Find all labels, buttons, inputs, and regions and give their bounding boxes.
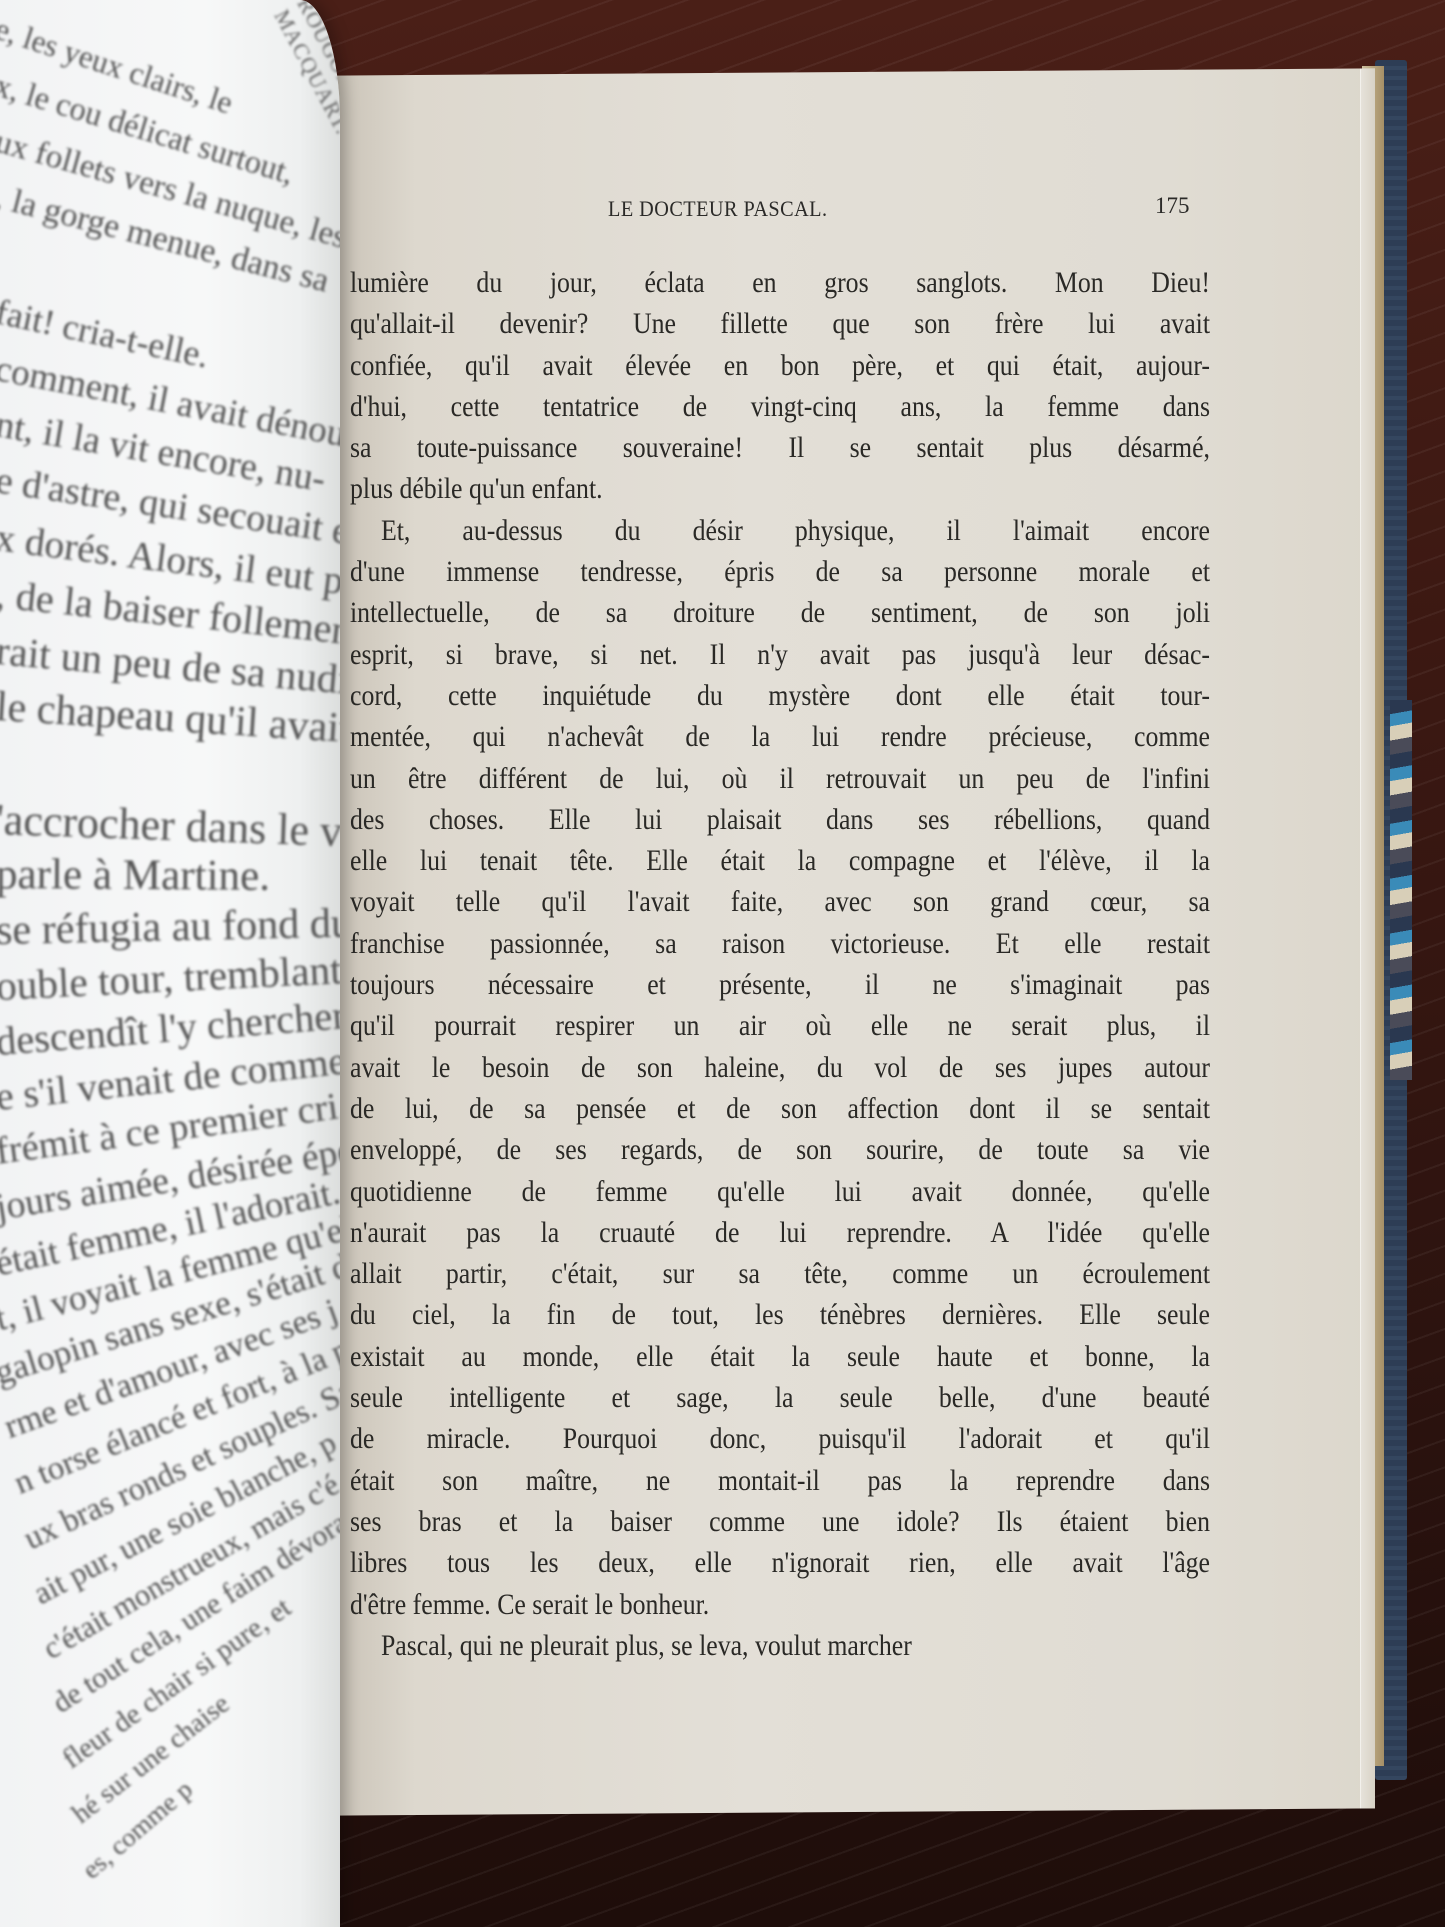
text-line: esprit, si brave, si net. Il n'y avait p… <box>350 634 1210 675</box>
text-line: confiée, qu'il avait élevée en bon père,… <box>350 345 1210 386</box>
text-line: de miracle. Pourquoi donc, puisqu'il l'a… <box>350 1418 1210 1459</box>
text-line: Pascal, qui ne pleurait plus, se leva, v… <box>350 1625 1210 1666</box>
marbled-endpaper <box>1390 700 1412 1080</box>
text-line: sa toute-puissance souveraine! Il se sen… <box>350 427 1210 468</box>
text-line: cord, cette inquiétude du mystère dont e… <box>350 675 1210 716</box>
text-line: n'aurait pas la cruauté de lui reprendre… <box>350 1212 1210 1253</box>
text-line: qu'il pourrait respirer un air où elle n… <box>350 1005 1210 1046</box>
text-line: était son maître, ne montait-il pas la r… <box>350 1460 1210 1501</box>
text-line: ses bras et la baiser comme une idole? I… <box>350 1501 1210 1542</box>
left-page-curved: ROUGON-MACQUART. e, les yeux clairs, lex… <box>0 0 340 1927</box>
text-line: qu'allait-il devenir? Une fillette que s… <box>350 303 1210 344</box>
text-line: lumière du jour, éclata en gros sanglots… <box>350 262 1210 303</box>
running-head-title: LE DOCTEUR PASCAL. <box>608 196 828 222</box>
left-page-running-head: ROUGON-MACQUART. <box>269 0 340 139</box>
text-line: mentée, qui n'achevât de la lui rendre p… <box>350 716 1210 757</box>
text-line: d'une immense tendresse, épris de sa per… <box>350 551 1210 592</box>
text-line: libres tous les deux, elle n'ignorait ri… <box>350 1542 1210 1583</box>
text-line: intellectuelle, de sa droiture de sentim… <box>350 592 1210 633</box>
text-line: seule intelligente et sage, la seule bel… <box>350 1377 1210 1418</box>
text-line: elle lui tenait tête. Elle était la comp… <box>350 840 1210 881</box>
text-line: d'être femme. Ce serait le bonheur. <box>350 1584 1210 1625</box>
text-line: de lui, de sa pensée et de son affection… <box>350 1088 1210 1129</box>
text-line: existait au monde, elle était la seule h… <box>350 1336 1210 1377</box>
text-line: voyait telle qu'il l'avait faite, avec s… <box>350 881 1210 922</box>
text-line: d'hui, cette tentatrice de vingt-cinq an… <box>350 386 1210 427</box>
text-line: des choses. Elle lui plaisait dans ses r… <box>350 799 1210 840</box>
text-line: toujours nécessaire et présente, il ne s… <box>350 964 1210 1005</box>
page-number: 175 <box>1155 193 1190 219</box>
text-line: un être différent de lui, où il retrouva… <box>350 758 1210 799</box>
left-page-text-line: parle à Martine. <box>0 850 270 901</box>
text-line: plus débile qu'un enfant. <box>350 468 1210 509</box>
left-page-text-line: se réfugia au fond du salon <box>0 896 340 955</box>
text-line: avait le besoin de son haleine, du vol d… <box>350 1047 1210 1088</box>
text-line: allait partir, c'était, sur sa tête, com… <box>350 1253 1210 1294</box>
text-line: quotidienne de femme qu'elle lui avait d… <box>350 1171 1210 1212</box>
right-page-body-text: lumière du jour, éclata en gros sanglots… <box>350 262 1210 1666</box>
text-line: du ciel, la fin de tout, les ténèbres de… <box>350 1294 1210 1335</box>
text-line: Et, au-dessus du désir physique, il l'ai… <box>350 510 1210 551</box>
text-line: franchise passionnée, sa raison victorie… <box>350 923 1210 964</box>
text-line: enveloppé, de ses regards, de son sourir… <box>350 1129 1210 1170</box>
